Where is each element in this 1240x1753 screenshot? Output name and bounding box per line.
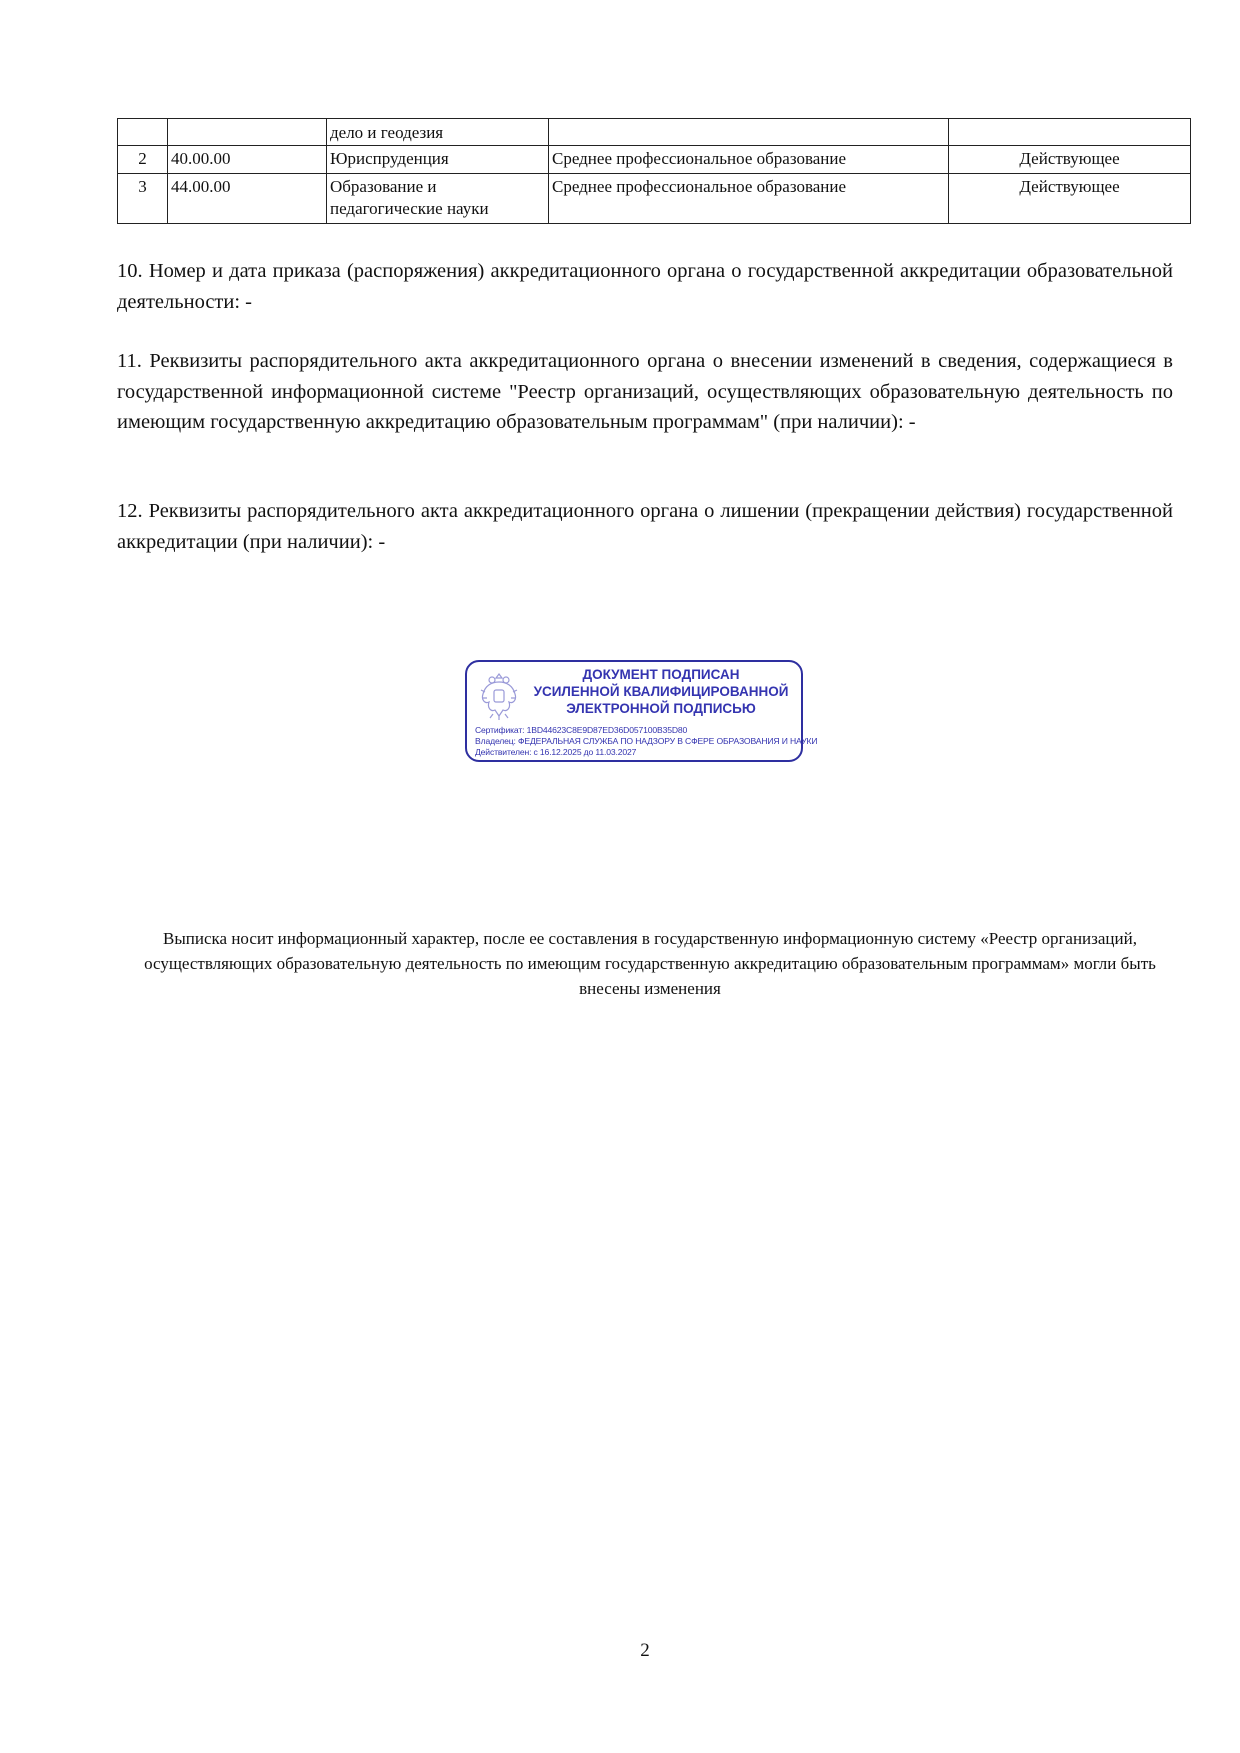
programs-table: дело и геодезия 2 40.00.00 Юриспруденция… bbox=[117, 118, 1191, 224]
disclaimer-note: Выписка носит информационный характер, п… bbox=[130, 926, 1170, 1001]
section-10-accreditation-order: 10. Номер и дата приказа (распоряжения) … bbox=[117, 256, 1173, 317]
program-code: 40.00.00 bbox=[168, 146, 327, 174]
page-number: 2 bbox=[0, 1640, 1240, 1662]
row-number bbox=[118, 119, 168, 146]
accreditation-status bbox=[949, 119, 1191, 146]
certificate-validity: Действителен: с 16.12.2025 до 11.03.2027 bbox=[475, 747, 797, 758]
electronic-signature-stamp: ДОКУМЕНТ ПОДПИСАН УСИЛЕННОЙ КВАЛИФИЦИРОВ… bbox=[465, 660, 803, 762]
stamp-details: Сертификат: 1BD44623C8E9D87ED36D057100B3… bbox=[475, 725, 797, 758]
program-code: 44.00.00 bbox=[168, 174, 327, 224]
education-level: Среднее профессиональное образование bbox=[549, 146, 949, 174]
accreditation-status: Действующее bbox=[949, 146, 1191, 174]
program-code bbox=[168, 119, 327, 146]
section-12-revocation-act: 12. Реквизиты распорядительного акта акк… bbox=[117, 496, 1173, 557]
program-name: Образование и педагогические науки bbox=[327, 174, 549, 224]
education-level bbox=[549, 119, 949, 146]
table-row: дело и геодезия bbox=[118, 119, 1191, 146]
table-row: 2 40.00.00 Юриспруденция Среднее професс… bbox=[118, 146, 1191, 174]
section-11-amendment-act: 11. Реквизиты распорядительного акта акк… bbox=[117, 346, 1173, 438]
table-row: 3 44.00.00 Образование и педагогические … bbox=[118, 174, 1191, 224]
stamp-title: ДОКУМЕНТ ПОДПИСАН УСИЛЕННОЙ КВАЛИФИЦИРОВ… bbox=[525, 666, 797, 717]
program-name: Юриспруденция bbox=[327, 146, 549, 174]
row-number: 3 bbox=[118, 174, 168, 224]
accreditation-status: Действующее bbox=[949, 174, 1191, 224]
certificate-owner: Владелец: ФЕДЕРАЛЬНАЯ СЛУЖБА ПО НАДЗОРУ … bbox=[475, 736, 797, 747]
education-level: Среднее профессиональное образование bbox=[549, 174, 949, 224]
certificate-id: Сертификат: 1BD44623C8E9D87ED36D057100B3… bbox=[475, 725, 797, 736]
program-name: дело и геодезия bbox=[327, 119, 549, 146]
coat-of-arms-icon bbox=[477, 670, 521, 722]
row-number: 2 bbox=[118, 146, 168, 174]
